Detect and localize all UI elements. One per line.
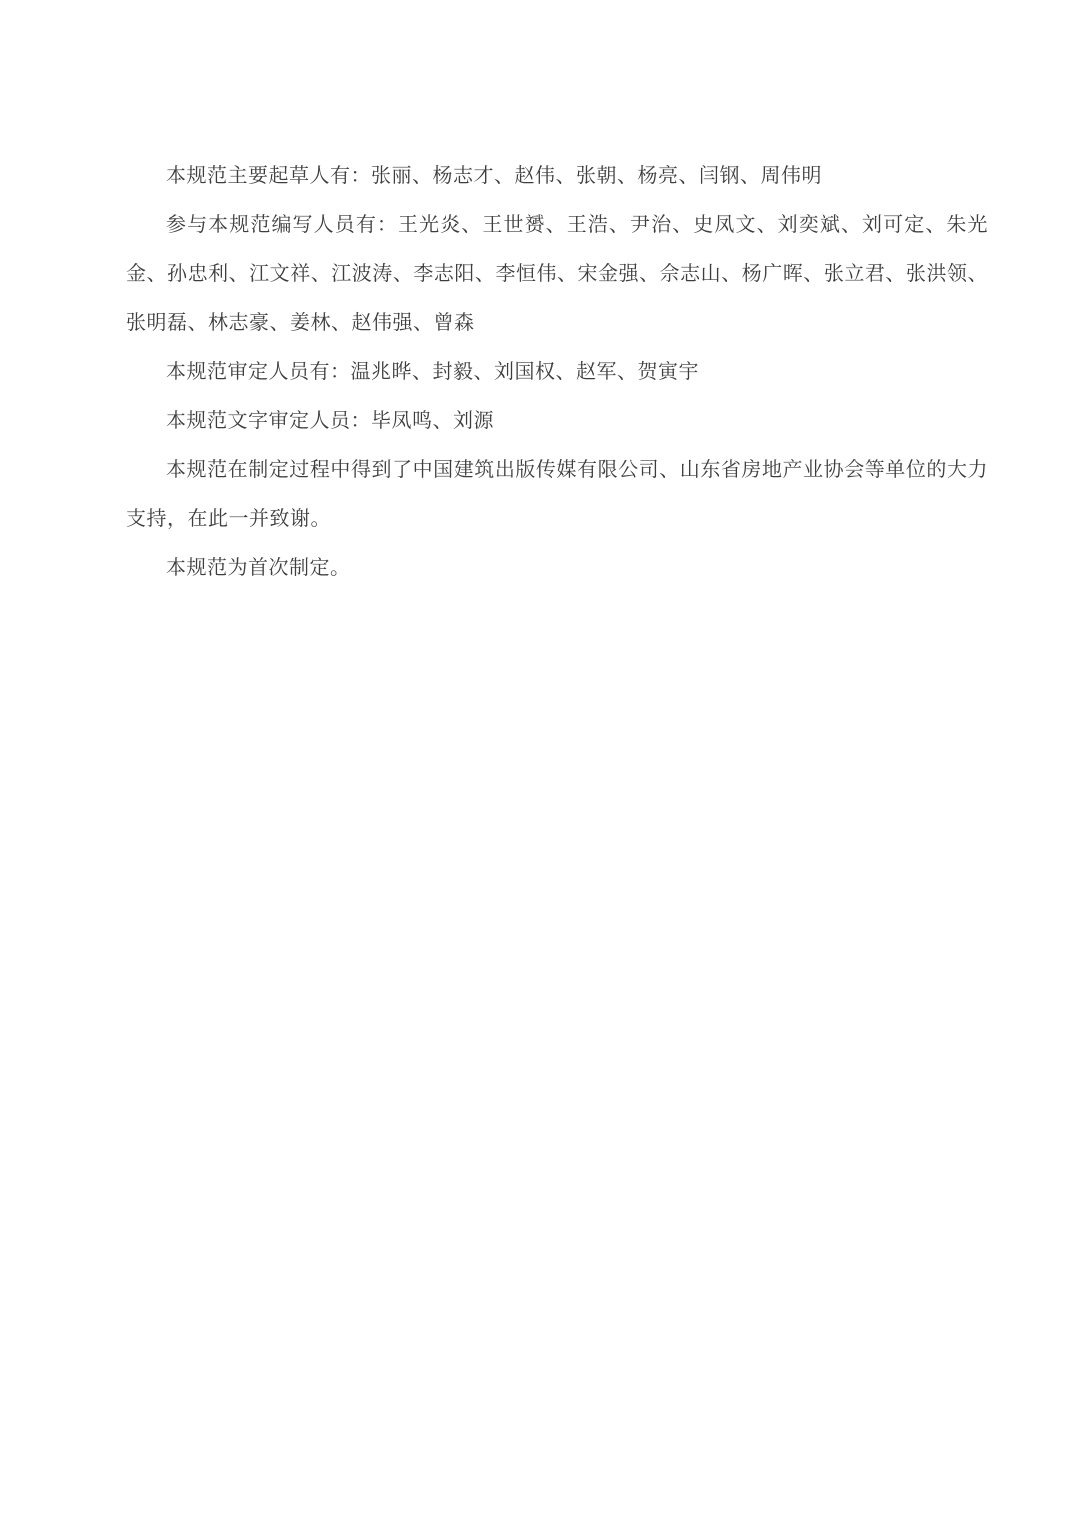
paragraph-writers: 参与本规范编写人员有：王光炎、王世赟、王浩、尹治、史凤文、刘奕斌、刘可定、朱光金…	[126, 201, 988, 348]
paragraph-text-reviewers: 本规范文字审定人员：毕凤鸣、刘源	[126, 397, 988, 446]
paragraph-reviewers: 本规范审定人员有：温兆晔、封毅、刘国权、赵军、贺寅宇	[126, 348, 988, 397]
paragraph-drafters: 本规范主要起草人有：张丽、杨志才、赵伟、张朝、杨亮、闫钢、周伟明	[126, 152, 988, 201]
paragraph-first-edition: 本规范为首次制定。	[126, 544, 988, 593]
paragraph-acknowledgement: 本规范在制定过程中得到了中国建筑出版传媒有限公司、山东省房地产业协会等单位的大力…	[126, 446, 988, 544]
document-page: 本规范主要起草人有：张丽、杨志才、赵伟、张朝、杨亮、闫钢、周伟明 参与本规范编写…	[0, 0, 1080, 1528]
document-body: 本规范主要起草人有：张丽、杨志才、赵伟、张朝、杨亮、闫钢、周伟明 参与本规范编写…	[126, 152, 988, 593]
